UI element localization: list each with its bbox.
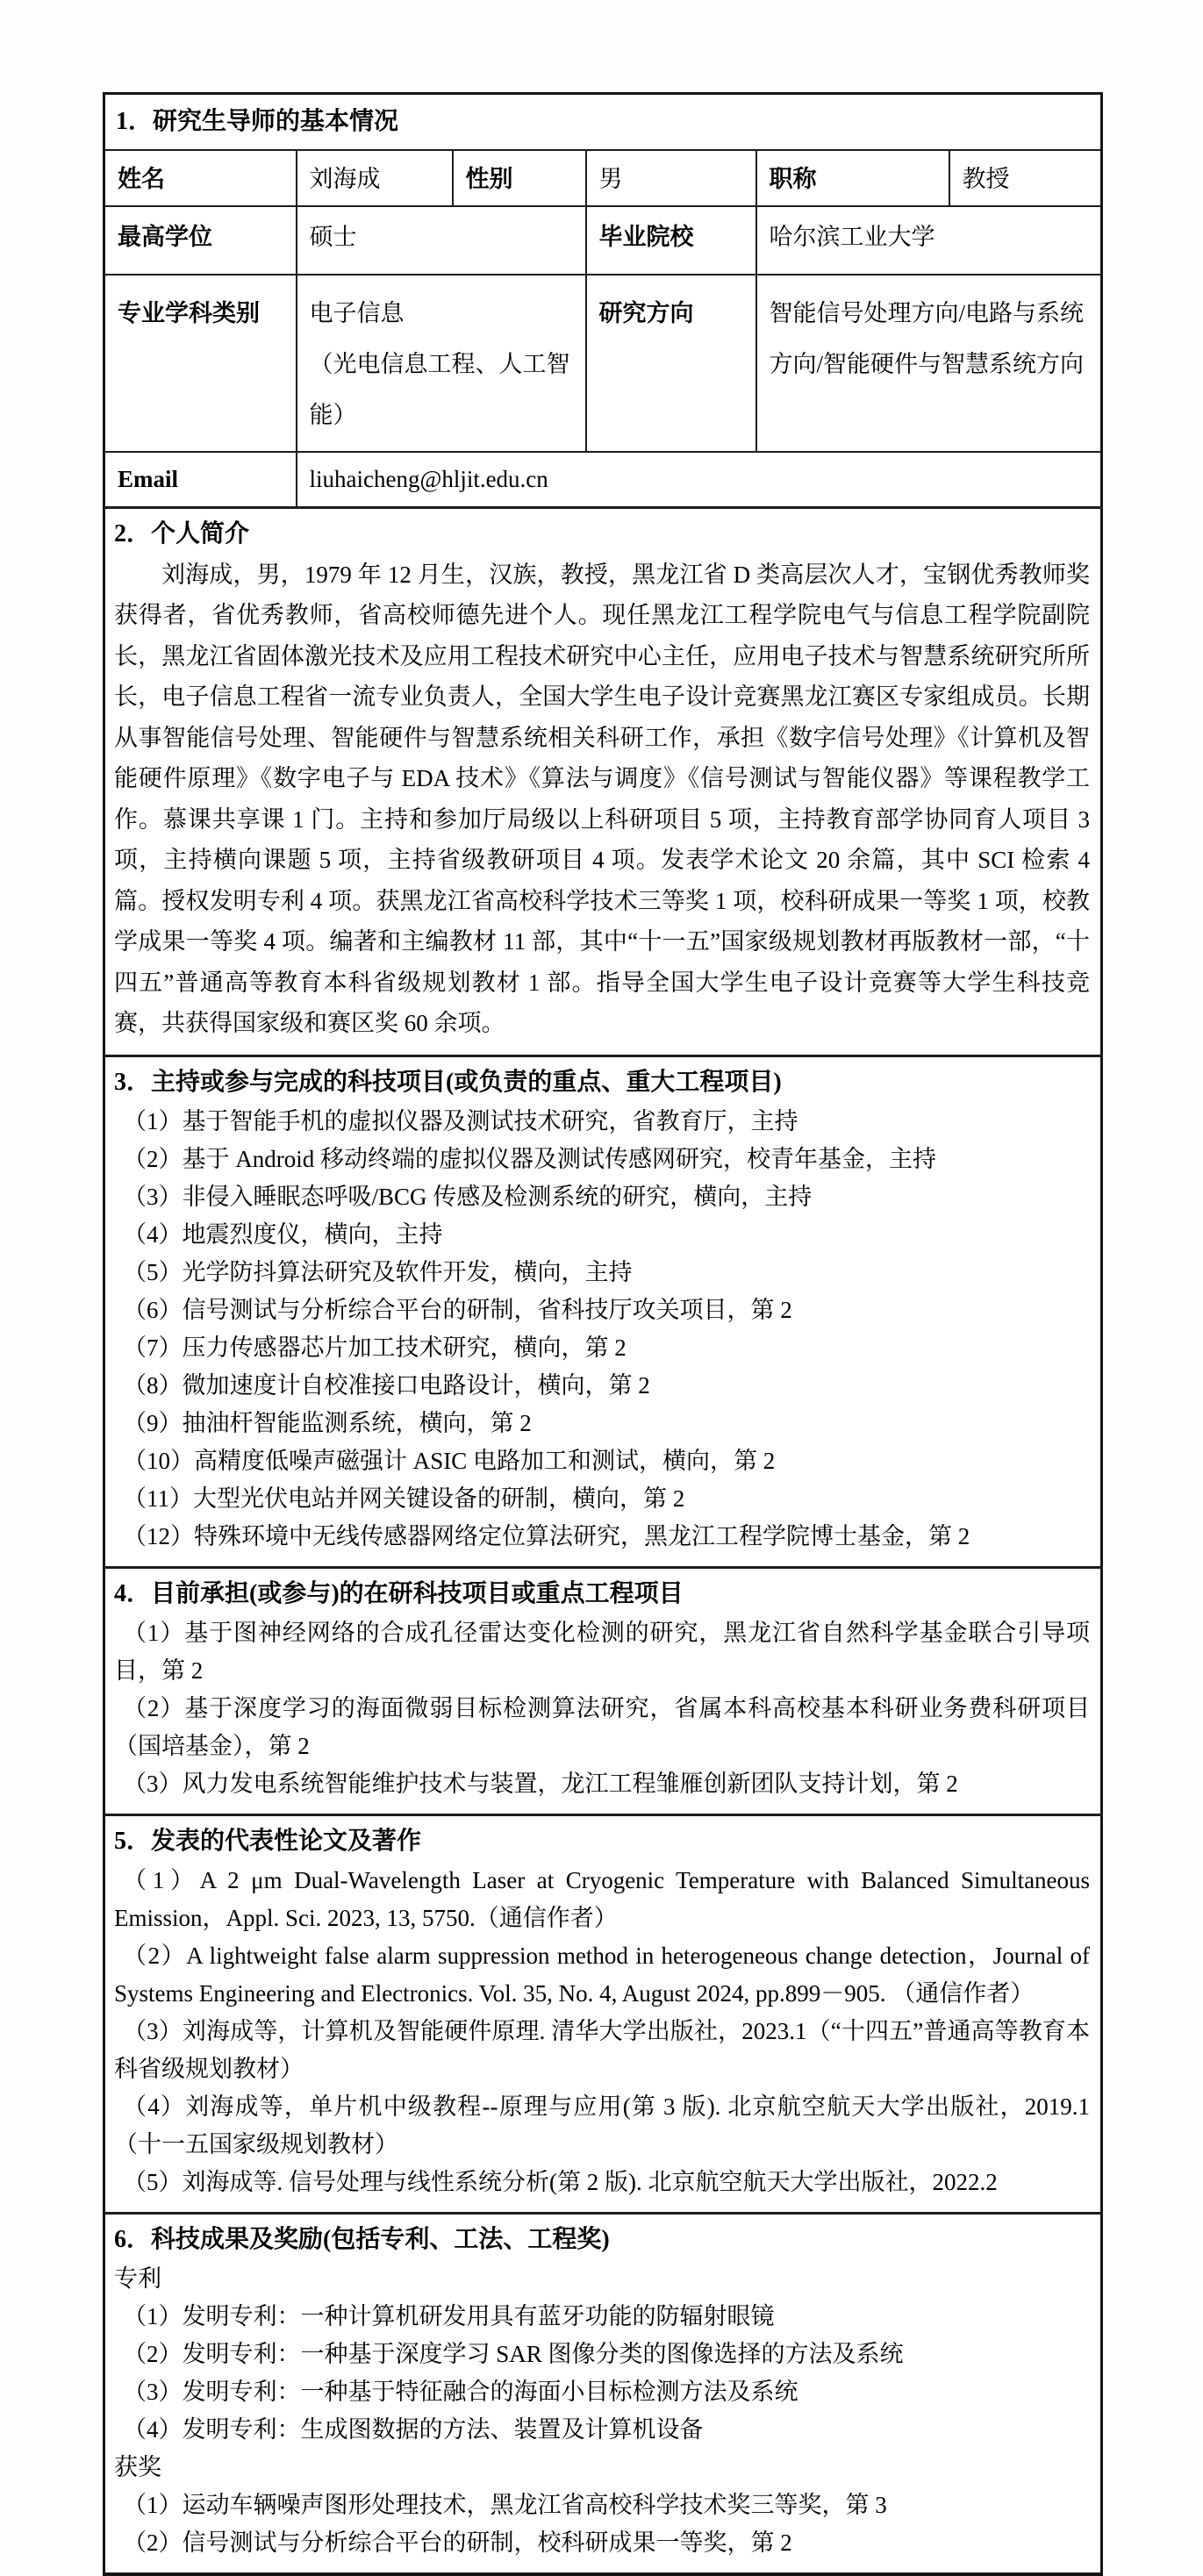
section3-title: 3．主持或参与完成的科技项目(或负责的重点、重大工程项目) bbox=[114, 1063, 1090, 1103]
project-item: （3）非侵入睡眠态呼吸/BCG 传感及检测系统的研究，横向，主持 bbox=[114, 1178, 1090, 1216]
publication-item: （5）刘海成等. 信号处理与线性系统分析(第 2 版). 北京航空航天大学出版社… bbox=[114, 2164, 1090, 2201]
project-item: （8）微加速度计自校准接口电路设计，横向，第 2 bbox=[114, 1367, 1090, 1405]
school-label: 毕业院校 bbox=[586, 206, 756, 275]
email-label: Email bbox=[104, 452, 297, 507]
section2-title: 2．个人简介 bbox=[114, 514, 1090, 555]
ongoing-project-item: （3）风力发电系统智能维护技术与装置，龙江工程雏雁创新团队支持计划，第 2 bbox=[114, 1765, 1090, 1803]
ongoing-project-item: （2）基于深度学习的海面微弱目标检测算法研究，省属本科高校基本科研业务费科研项目… bbox=[114, 1690, 1090, 1765]
direction-value: 智能信号处理方向/电路与系统方向/智能硬件与智慧系统方向 bbox=[756, 275, 1102, 452]
section3: 3．主持或参与完成的科技项目(或负责的重点、重大工程项目) （1）基于智能手机的… bbox=[104, 1055, 1102, 1567]
publication-item: （4）刘海成等，单片机中级教程--原理与应用(第 3 版). 北京航空航天大学出… bbox=[114, 2088, 1090, 2164]
direction-label: 研究方向 bbox=[586, 275, 756, 452]
project-item: （7）压力传感器芯片加工技术研究，横向，第 2 bbox=[114, 1329, 1090, 1367]
section5: 5．发表的代表性论文及著作 （1）A 2 μm Dual-Wavelength … bbox=[104, 1814, 1102, 2213]
patent-item: （2）发明专利：一种基于深度学习 SAR 图像分类的图像选择的方法及系统 bbox=[114, 2336, 1090, 2373]
gender-label: 性别 bbox=[453, 150, 586, 206]
project-item: （5）光学防抖算法研究及软件开发，横向，主持 bbox=[114, 1254, 1090, 1292]
name-label: 姓名 bbox=[104, 150, 297, 206]
section2-paragraph: 刘海成，男，1979 年 12 月生，汉族，教授，黑龙江省 D 类高层次人才，宝… bbox=[114, 555, 1090, 1044]
document-page: 1．研究生导师的基本情况 姓名 刘海成 性别 男 职称 教授 最高学位 硕士 毕… bbox=[103, 92, 1100, 2403]
section4-title: 4．目前承担(或参与)的在研科技项目或重点工程项目 bbox=[114, 1574, 1090, 1614]
project-item: （9）抽油杆智能监测系统，横向，第 2 bbox=[114, 1405, 1090, 1442]
project-item: （10）高精度低噪声磁强计 ASIC 电路加工和测试，横向，第 2 bbox=[114, 1442, 1090, 1480]
project-item: （2）基于 Android 移动终端的虚拟仪器及测试传感网研究，校青年基金，主持 bbox=[114, 1141, 1090, 1178]
publication-item: （3）刘海成等，计算机及智能硬件原理. 清华大学出版社，2023.1（“十四五”… bbox=[114, 2013, 1090, 2088]
patents-sublabel: 专利 bbox=[114, 2260, 1090, 2298]
rank-label: 职称 bbox=[756, 150, 949, 206]
degree-value: 硕士 bbox=[297, 206, 586, 275]
section1-title: 1．研究生导师的基本情况 bbox=[104, 94, 1102, 150]
publication-item: （1）A 2 μm Dual-Wavelength Laser at Cryog… bbox=[114, 1862, 1090, 1937]
project-item: （6）信号测试与分析综合平台的研制，省科技厅攻关项目，第 2 bbox=[114, 1292, 1090, 1329]
name-value: 刘海成 bbox=[297, 150, 453, 206]
major-value: 电子信息 （光电信息工程、人工智能） bbox=[297, 275, 586, 452]
section4: 4．目前承担(或参与)的在研科技项目或重点工程项目 （1）基于图神经网络的合成孔… bbox=[104, 1567, 1102, 1814]
project-item: （12）特殊环境中无线传感器网络定位算法研究，黑龙江工程学院博士基金，第 2 bbox=[114, 1518, 1090, 1556]
project-item: （11）大型光伏电站并网关键设备的研制，横向，第 2 bbox=[114, 1480, 1090, 1518]
rank-value: 教授 bbox=[949, 150, 1102, 206]
ongoing-project-item: （1）基于图神经网络的合成孔径雷达变化检测的研究，黑龙江省自然科学基金联合引导项… bbox=[114, 1614, 1090, 1690]
section2: 2．个人简介 刘海成，男，1979 年 12 月生，汉族，教授，黑龙江省 D 类… bbox=[104, 507, 1102, 1055]
school-value: 哈尔滨工业大学 bbox=[756, 206, 1102, 275]
supervisor-profile-table: 1．研究生导师的基本情况 姓名 刘海成 性别 男 职称 教授 最高学位 硕士 毕… bbox=[103, 92, 1103, 2403]
project-item: （1）基于智能手机的虚拟仪器及测试技术研究，省教育厅，主持 bbox=[114, 1103, 1090, 1141]
section6-title: 6．科技成果及奖励(包括专利、工法、工程奖) bbox=[114, 2220, 1090, 2260]
degree-label: 最高学位 bbox=[104, 206, 297, 275]
section6: 6．科技成果及奖励(包括专利、工法、工程奖) 专利 （1）发明专利：一种计算机研… bbox=[104, 2213, 1102, 2403]
patent-item: （3）发明专利：一种基于特征融合的海面小目标检测方法及系统 bbox=[114, 2373, 1090, 2403]
publication-item: （2）A lightweight false alarm suppression… bbox=[114, 1937, 1090, 2013]
gender-value: 男 bbox=[586, 150, 756, 206]
project-item: （4）地震烈度仪，横向，主持 bbox=[114, 1216, 1090, 1254]
email-value: liuhaicheng@hljit.edu.cn bbox=[297, 452, 1102, 507]
patent-item: （1）发明专利：一种计算机研发用具有蓝牙功能的防辐射眼镜 bbox=[114, 2298, 1090, 2336]
section5-title: 5．发表的代表性论文及著作 bbox=[114, 1821, 1090, 1862]
major-label: 专业学科类别 bbox=[104, 275, 297, 452]
